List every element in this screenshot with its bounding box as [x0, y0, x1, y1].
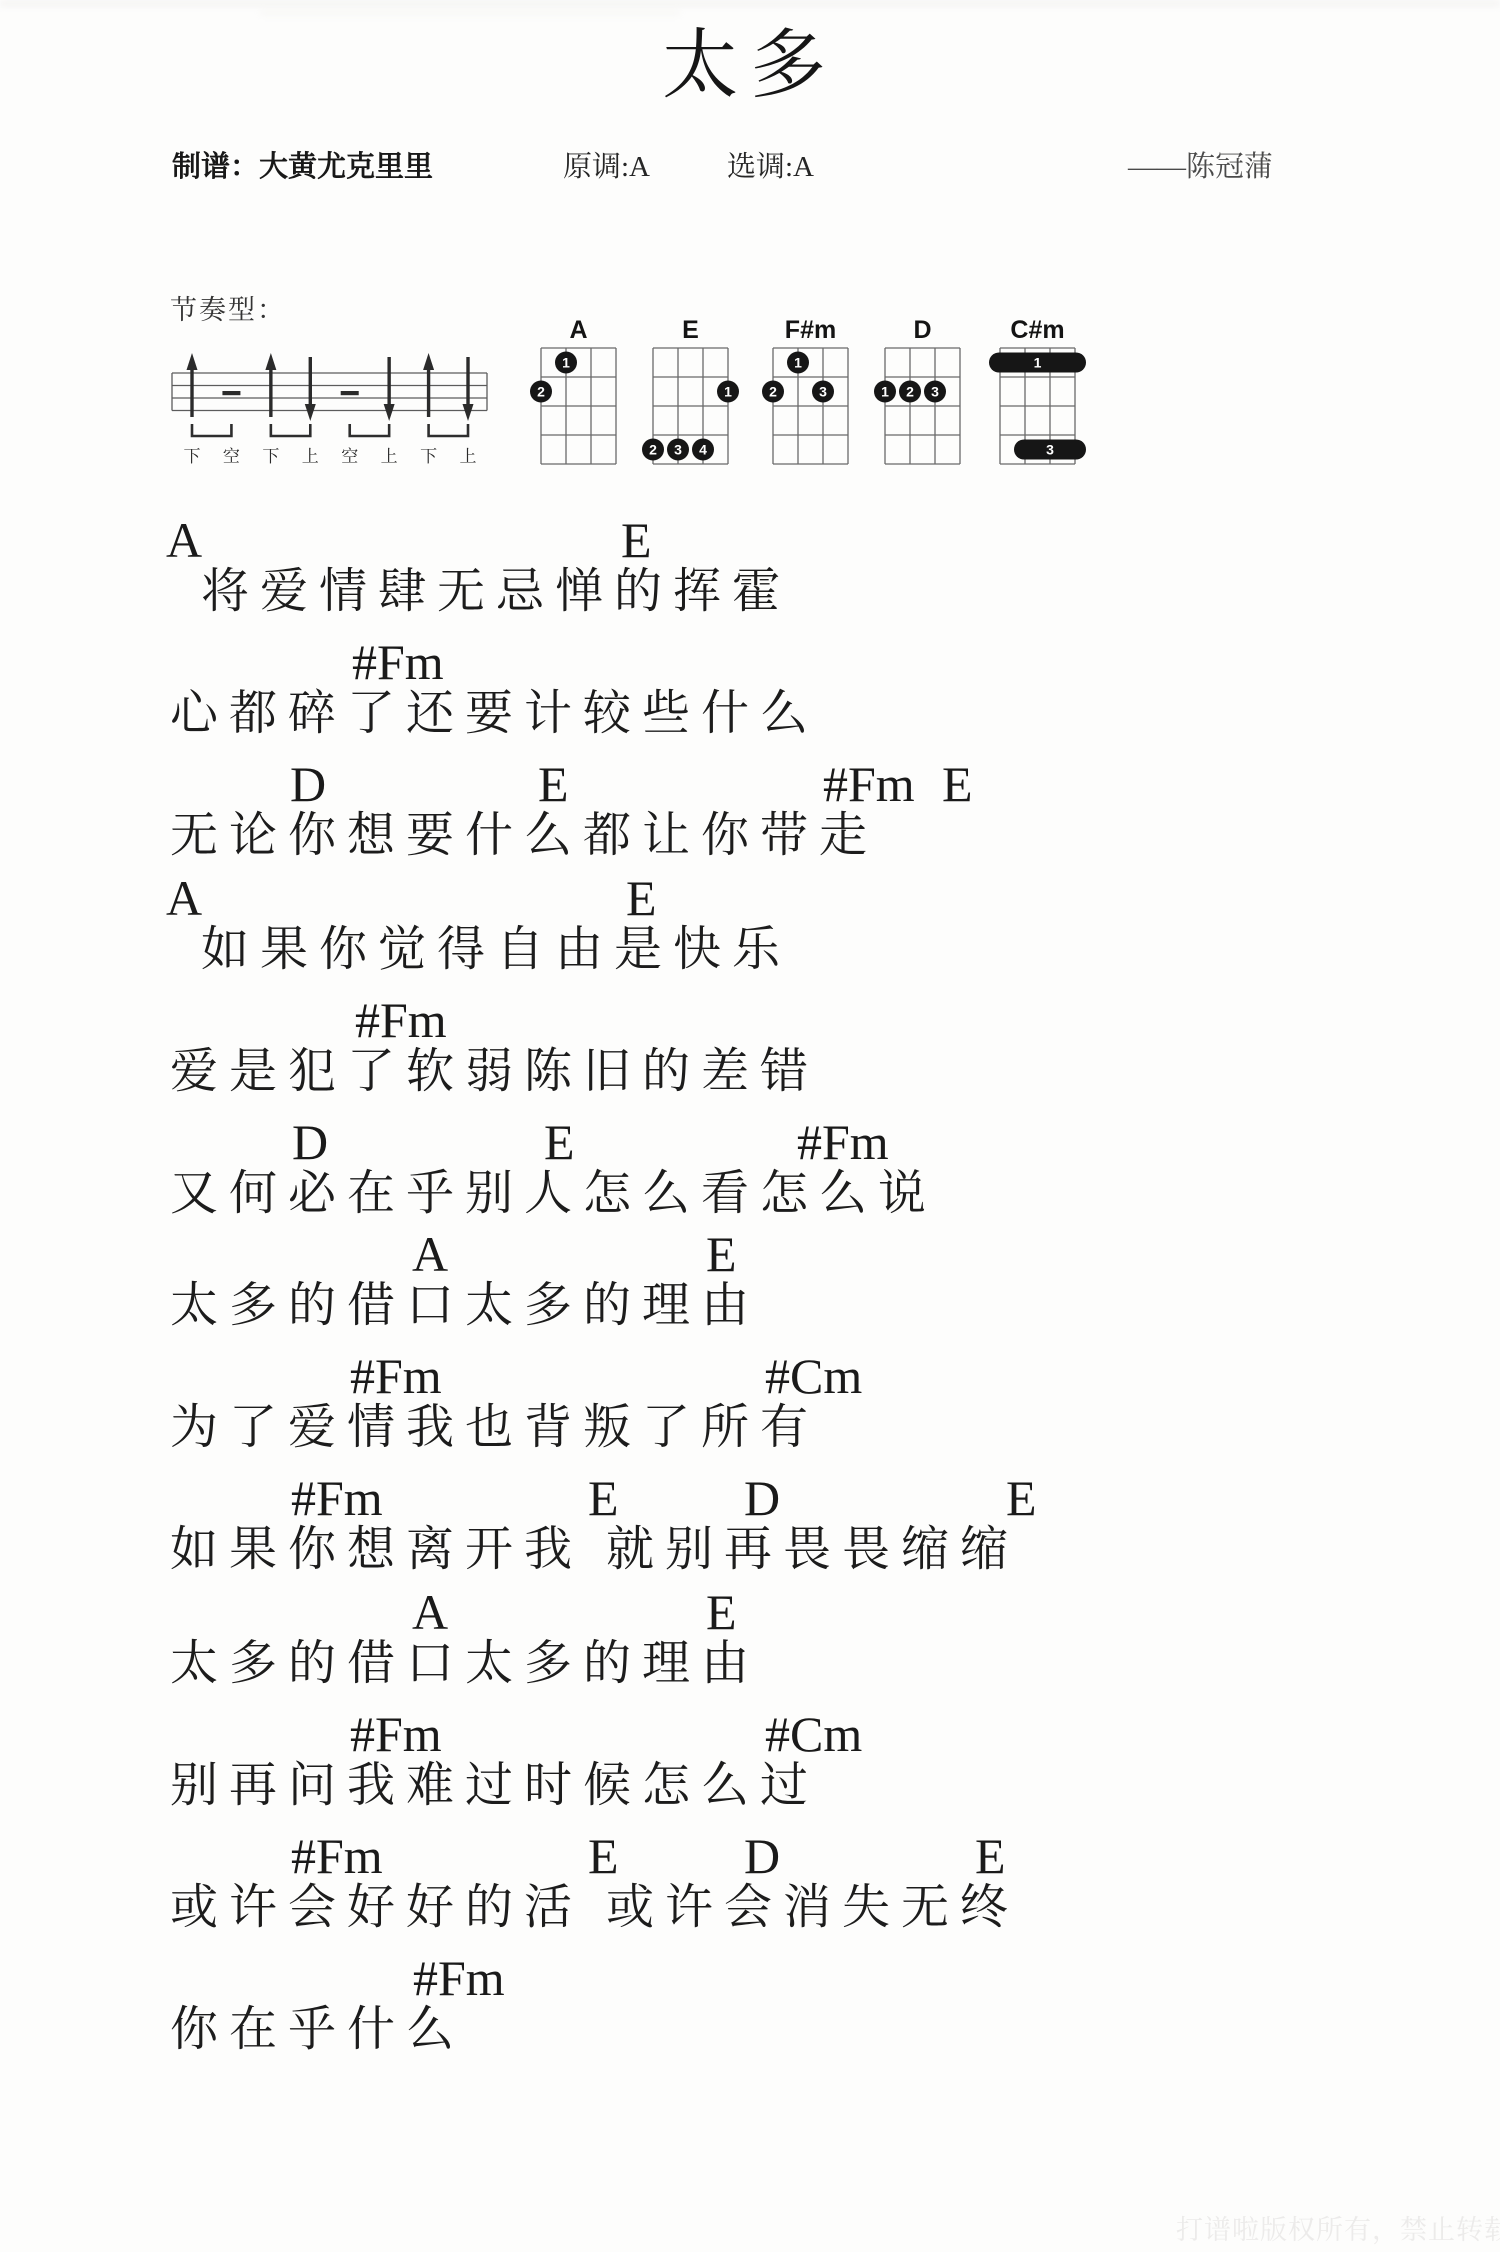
stroke-label: 下 — [262, 447, 279, 466]
beam-bracket — [429, 424, 468, 436]
chord-row: AE — [0, 514, 1500, 566]
chord-label: #Fm — [291, 1472, 383, 1524]
chord-diagram-E: E1234 — [637, 306, 749, 476]
beam-bracket — [350, 424, 389, 436]
svg-text:1: 1 — [724, 384, 732, 400]
beam-bracket — [192, 424, 231, 436]
chord-label: A — [412, 1586, 448, 1638]
chord-label: E — [706, 1586, 737, 1638]
chord-label: #Cm — [765, 1350, 862, 1402]
lyric-line: 你在乎什么 — [170, 1999, 465, 2061]
rest-dash — [222, 391, 240, 395]
stroke-label: 下 — [420, 447, 437, 466]
chord-label: #Fm — [823, 758, 915, 810]
stroke-label: 空 — [223, 447, 240, 466]
chord-label: E — [588, 1830, 619, 1882]
lyric-line: 太多的借口太多的理由 — [170, 1633, 760, 1695]
lyric-line: 太多的借口太多的理由 — [170, 1275, 760, 1337]
chord-label: #Fm — [350, 1350, 442, 1402]
chord-label: #Fm — [352, 636, 444, 688]
stroke-label: 上 — [460, 447, 477, 466]
chord-label: E — [1006, 1472, 1037, 1524]
chord-label: E — [588, 1472, 619, 1524]
scan-artifact — [0, 0, 1500, 7]
chord-row: AE — [0, 1228, 1500, 1280]
svg-text:1: 1 — [794, 355, 802, 371]
chord-label: #Fm — [291, 1830, 383, 1882]
chord-label: E — [975, 1830, 1006, 1882]
beam-bracket — [271, 424, 310, 436]
chord-label: #Fm — [350, 1708, 442, 1760]
lyric-line: 或许会好好的活 或许会消失无终 — [170, 1877, 1019, 1939]
svg-text:3: 3 — [674, 442, 682, 458]
chord-row: AE — [0, 872, 1500, 924]
chord-row: #Fm — [0, 1952, 1500, 2004]
svg-text:1: 1 — [562, 355, 570, 371]
chord-row: AE — [0, 1586, 1500, 1638]
chord-row: #FmEDE — [0, 1830, 1500, 1882]
arrowhead-down-icon — [463, 404, 474, 421]
original-key-label: 原调:A — [563, 150, 650, 184]
lyric-line: 为了爱情我也背叛了所有 — [170, 1397, 819, 1459]
chord-label: A — [166, 872, 202, 924]
chord-row: #Fm#Cm — [0, 1350, 1500, 1402]
arrowhead-down-icon — [305, 404, 316, 421]
lyric-line: 心都碎了还要计较些什么 — [170, 683, 819, 745]
svg-text:2: 2 — [649, 442, 657, 458]
chord-diagram-Csharpm: C#m13 — [984, 306, 1096, 476]
scan-artifact — [260, 10, 680, 16]
chord-label: #Fm — [355, 994, 447, 1046]
chord-row: #Fm — [0, 994, 1500, 1046]
rhythm-pattern-diagram: 下空下上空上下上 — [160, 340, 505, 472]
svg-text:1: 1 — [881, 384, 889, 400]
arrowhead-up-icon — [265, 353, 276, 370]
lyric-line: 如果你想离开我 就别再畏畏缩缩 — [170, 1519, 1019, 1581]
chord-diagram-name: F#m — [785, 316, 836, 344]
chord-diagram-name: E — [682, 316, 699, 344]
chord-row: DE#FmE — [0, 758, 1500, 810]
chord-label: E — [538, 758, 569, 810]
chord-diagram-name: C#m — [1010, 316, 1064, 344]
chord-row: DE#Fm — [0, 1116, 1500, 1168]
chord-label: E — [621, 514, 652, 566]
chord-label: D — [290, 758, 326, 810]
arrowhead-up-icon — [187, 353, 198, 370]
stroke-label: 下 — [184, 447, 201, 466]
chord-diagram-Fsharpm: F#m123 — [757, 306, 869, 476]
arranger-label: 制谱：大黄尤克里里 — [172, 150, 433, 184]
svg-text:1: 1 — [1034, 355, 1042, 371]
chord-label: D — [744, 1472, 780, 1524]
chord-label: D — [744, 1830, 780, 1882]
chord-row: #Fm — [0, 636, 1500, 688]
lyric-line: 无论你想要什么都让你带走 — [170, 805, 878, 867]
rest-dash — [341, 391, 359, 395]
stroke-label: 上 — [381, 447, 398, 466]
lyric-line: 爱是犯了软弱陈旧的差错 — [170, 1041, 819, 1103]
chord-label: A — [166, 514, 202, 566]
chord-diagram-A: A12 — [525, 306, 637, 476]
arrowhead-up-icon — [423, 353, 434, 370]
lyric-line: 别再问我难过时候怎么过 — [170, 1755, 819, 1817]
song-title: 太多 — [0, 22, 1500, 110]
lyric-line: 将爱情肆无忌惮的挥霍 — [201, 561, 791, 623]
chord-label: D — [292, 1116, 328, 1168]
chord-label: E — [942, 758, 973, 810]
chord-diagram-name: A — [569, 316, 587, 344]
svg-text:2: 2 — [537, 384, 545, 400]
chord-sheet-page: 太多 制谱：大黄尤克里里 原调:A 选调:A ——陈冠蒲 节奏型： 下空下上空上… — [0, 0, 1500, 2252]
lyric-line: 如果你觉得自由是快乐 — [201, 919, 791, 981]
svg-text:4: 4 — [699, 442, 707, 458]
svg-text:2: 2 — [769, 384, 777, 400]
chord-row: #Fm#Cm — [0, 1708, 1500, 1760]
chord-label: #Fm — [413, 1952, 505, 2004]
stroke-label: 空 — [341, 447, 358, 466]
chord-label: E — [706, 1228, 737, 1280]
chord-label: A — [412, 1228, 448, 1280]
svg-text:2: 2 — [906, 384, 914, 400]
chord-row: #FmEDE — [0, 1472, 1500, 1524]
lyric-line: 又何必在乎别人怎么看怎么说 — [170, 1163, 937, 1225]
stroke-label: 上 — [302, 447, 319, 466]
copyright-watermark: 打谱啦版权所有，禁止转载 — [1176, 2208, 1500, 2247]
rhythm-pattern-label: 节奏型： — [170, 288, 286, 327]
chord-diagram-D: D123 — [869, 306, 981, 476]
chord-label: #Fm — [797, 1116, 889, 1168]
svg-text:3: 3 — [931, 384, 939, 400]
arrowhead-down-icon — [384, 404, 395, 421]
chord-diagram-name: D — [913, 316, 931, 344]
chord-label: #Cm — [765, 1708, 862, 1760]
chord-label: E — [544, 1116, 575, 1168]
svg-text:3: 3 — [1046, 442, 1054, 458]
svg-text:3: 3 — [819, 384, 827, 400]
artist-name: ——陈冠蒲 — [1128, 150, 1273, 184]
chord-label: E — [626, 872, 657, 924]
selected-key-label: 选调:A — [727, 150, 814, 184]
